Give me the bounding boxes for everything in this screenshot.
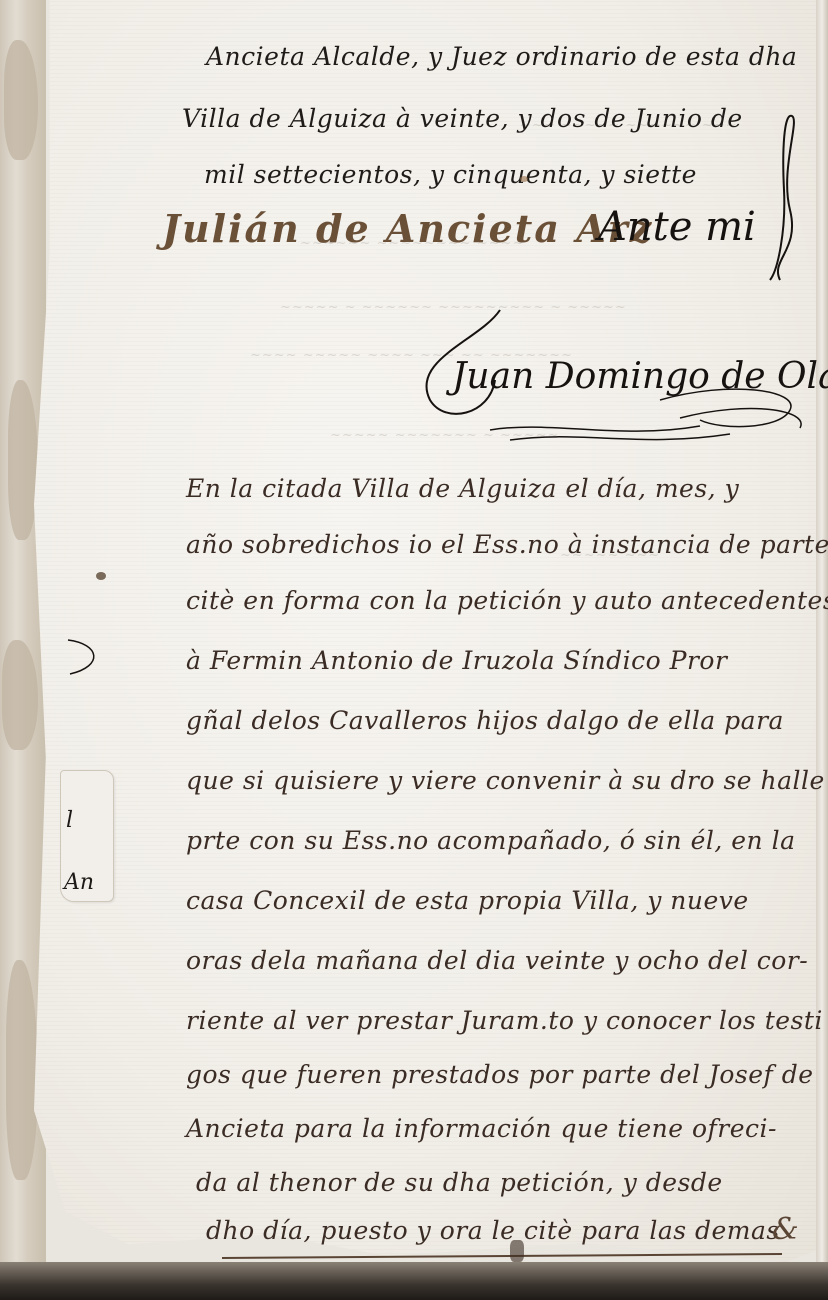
body-line-4: à Fermin Antonio de Iruzola Síndico Pror bbox=[186, 646, 727, 675]
bleed-through-text: ~~~~~ ~~~~~~~ ~ ~~~~~ bbox=[330, 428, 559, 443]
paper-tear bbox=[4, 40, 38, 160]
signature-julian-ancieta: Julián de Ancieta Arz bbox=[162, 206, 653, 251]
paper-tear bbox=[8, 380, 38, 540]
paper-tear bbox=[6, 960, 38, 1180]
body-line-14: dho día, puesto y ora le citè para las d… bbox=[206, 1216, 780, 1245]
margin-note-1: l bbox=[66, 808, 73, 833]
bleed-through-text: ~~~~~ ~ ~~~~~~ ~~~~~~~~~ ~ ~~~~~ bbox=[280, 300, 627, 315]
manuscript-scan: ~~~ ~~~~~ ~~~~~~ ~~~ ~~~~~~ ~~~~~~~~ ~~~… bbox=[0, 0, 828, 1300]
body-line-8: casa Concexil de esta propia Villa, y nu… bbox=[186, 886, 749, 915]
body-line-1: En la citada Villa de Alguiza el día, me… bbox=[186, 474, 739, 503]
body-line-13: da al thenor de su dha petición, y desde bbox=[196, 1168, 723, 1197]
ink-stain bbox=[520, 176, 528, 182]
signature-ante-mi: Ante mi bbox=[598, 204, 756, 250]
body-line-7: prte con su Ess.no acompañado, ó sin él,… bbox=[186, 826, 796, 855]
scan-bottom-edge bbox=[0, 1262, 828, 1300]
paper-tear bbox=[2, 640, 38, 750]
body-line-5: gñal delos Cavalleros hijos dalgo de ell… bbox=[186, 706, 784, 735]
ink-stain bbox=[96, 572, 106, 580]
body-line-2: año sobredichos io el Ess.no à instancia… bbox=[186, 530, 828, 559]
header-line-1: Ancieta Alcalde, y Juez ordinario de est… bbox=[206, 42, 797, 71]
body-line-9: oras dela mañana del dia veinte y ocho d… bbox=[186, 946, 808, 975]
closing-rule bbox=[222, 1253, 782, 1259]
signature-juan-domingo-olalde: Juan Domingo de Olalde bbox=[452, 356, 828, 397]
body-line-3: citè en forma con la petición y auto ant… bbox=[186, 586, 828, 615]
header-line-3: mil settecientos, y cinquenta, y siette bbox=[204, 160, 697, 189]
page-edge bbox=[816, 0, 828, 1300]
body-line-11: gos que fueren prestados por parte del J… bbox=[186, 1060, 814, 1089]
header-line-2: Villa de Alguiza à veinte, y dos de Juni… bbox=[182, 104, 743, 133]
body-line-12: Ancieta para la información que tiene of… bbox=[186, 1114, 777, 1143]
ink-stain bbox=[510, 1240, 524, 1262]
body-line-10: riente al ver prestar Juram.to y conocer… bbox=[186, 1006, 823, 1035]
margin-note-2: An bbox=[64, 870, 94, 895]
closing-mark: & bbox=[772, 1212, 799, 1247]
body-line-6: que si quisiere y viere convenir à su dr… bbox=[186, 766, 825, 795]
